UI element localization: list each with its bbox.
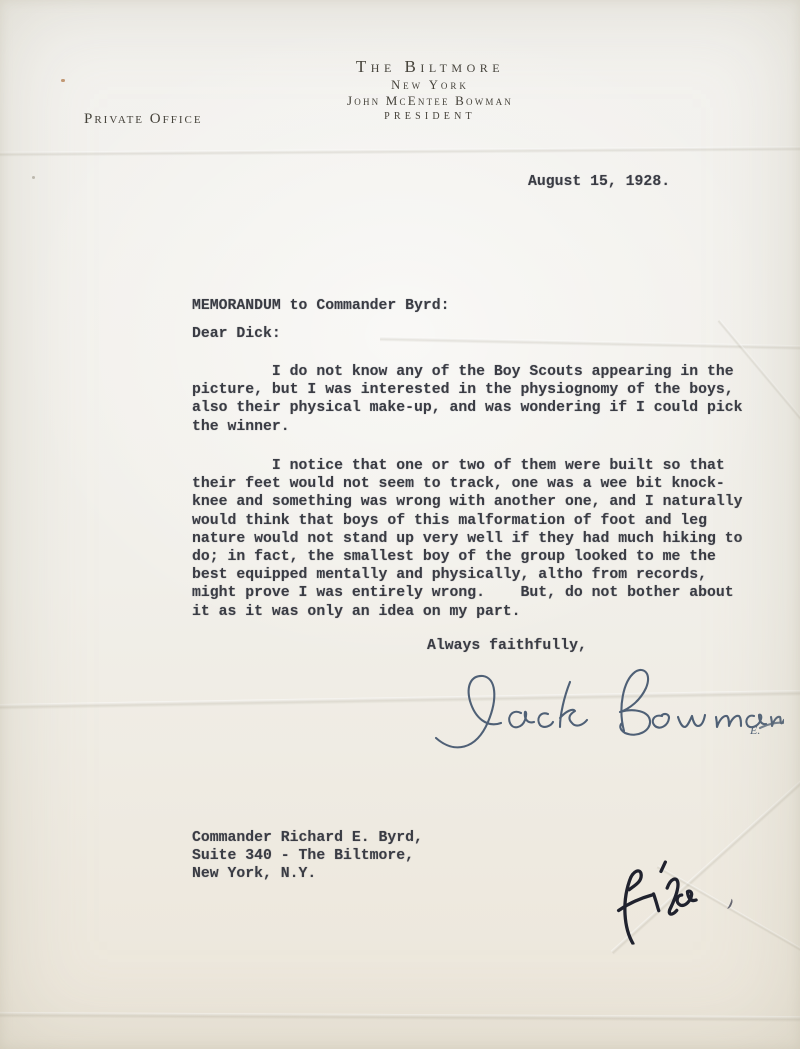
recipient-address: Commander Richard E. Byrd, Suite 340 - T… xyxy=(192,829,423,884)
letter-date: August 15, 1928. xyxy=(528,173,670,191)
letterhead-city: New York xyxy=(230,78,630,93)
paper-crease xyxy=(380,336,800,350)
ink-tick-mark xyxy=(724,897,734,909)
body-paragraph-2: I notice that one or two of them were bu… xyxy=(192,457,743,621)
letterhead: The Biltmore New York John McEntee Bowma… xyxy=(230,57,630,122)
paper-crease xyxy=(0,1012,800,1022)
salutation: Dear Dick: xyxy=(192,325,281,343)
paper-speck xyxy=(61,79,65,82)
closing-line: Always faithfully, xyxy=(427,637,587,655)
paper-speck xyxy=(32,176,35,179)
private-office-label: Private Office xyxy=(84,111,203,128)
scanned-letter-page: The Biltmore New York John McEntee Bowma… xyxy=(0,0,800,1049)
paper-crease xyxy=(0,146,800,157)
letterhead-president-name: John McEntee Bowman xyxy=(230,93,630,109)
letterhead-company: The Biltmore xyxy=(230,57,630,77)
signature-jack-bowman xyxy=(424,666,784,760)
body-paragraph-1: I do not know any of the Boy Scouts appe… xyxy=(192,363,743,436)
letterhead-president-title: President xyxy=(230,111,630,122)
memo-line: MEMORANDUM to Commander Byrd: xyxy=(192,297,450,315)
handwritten-file-note xyxy=(593,854,714,947)
signature-initial-mark: E. xyxy=(750,723,760,738)
